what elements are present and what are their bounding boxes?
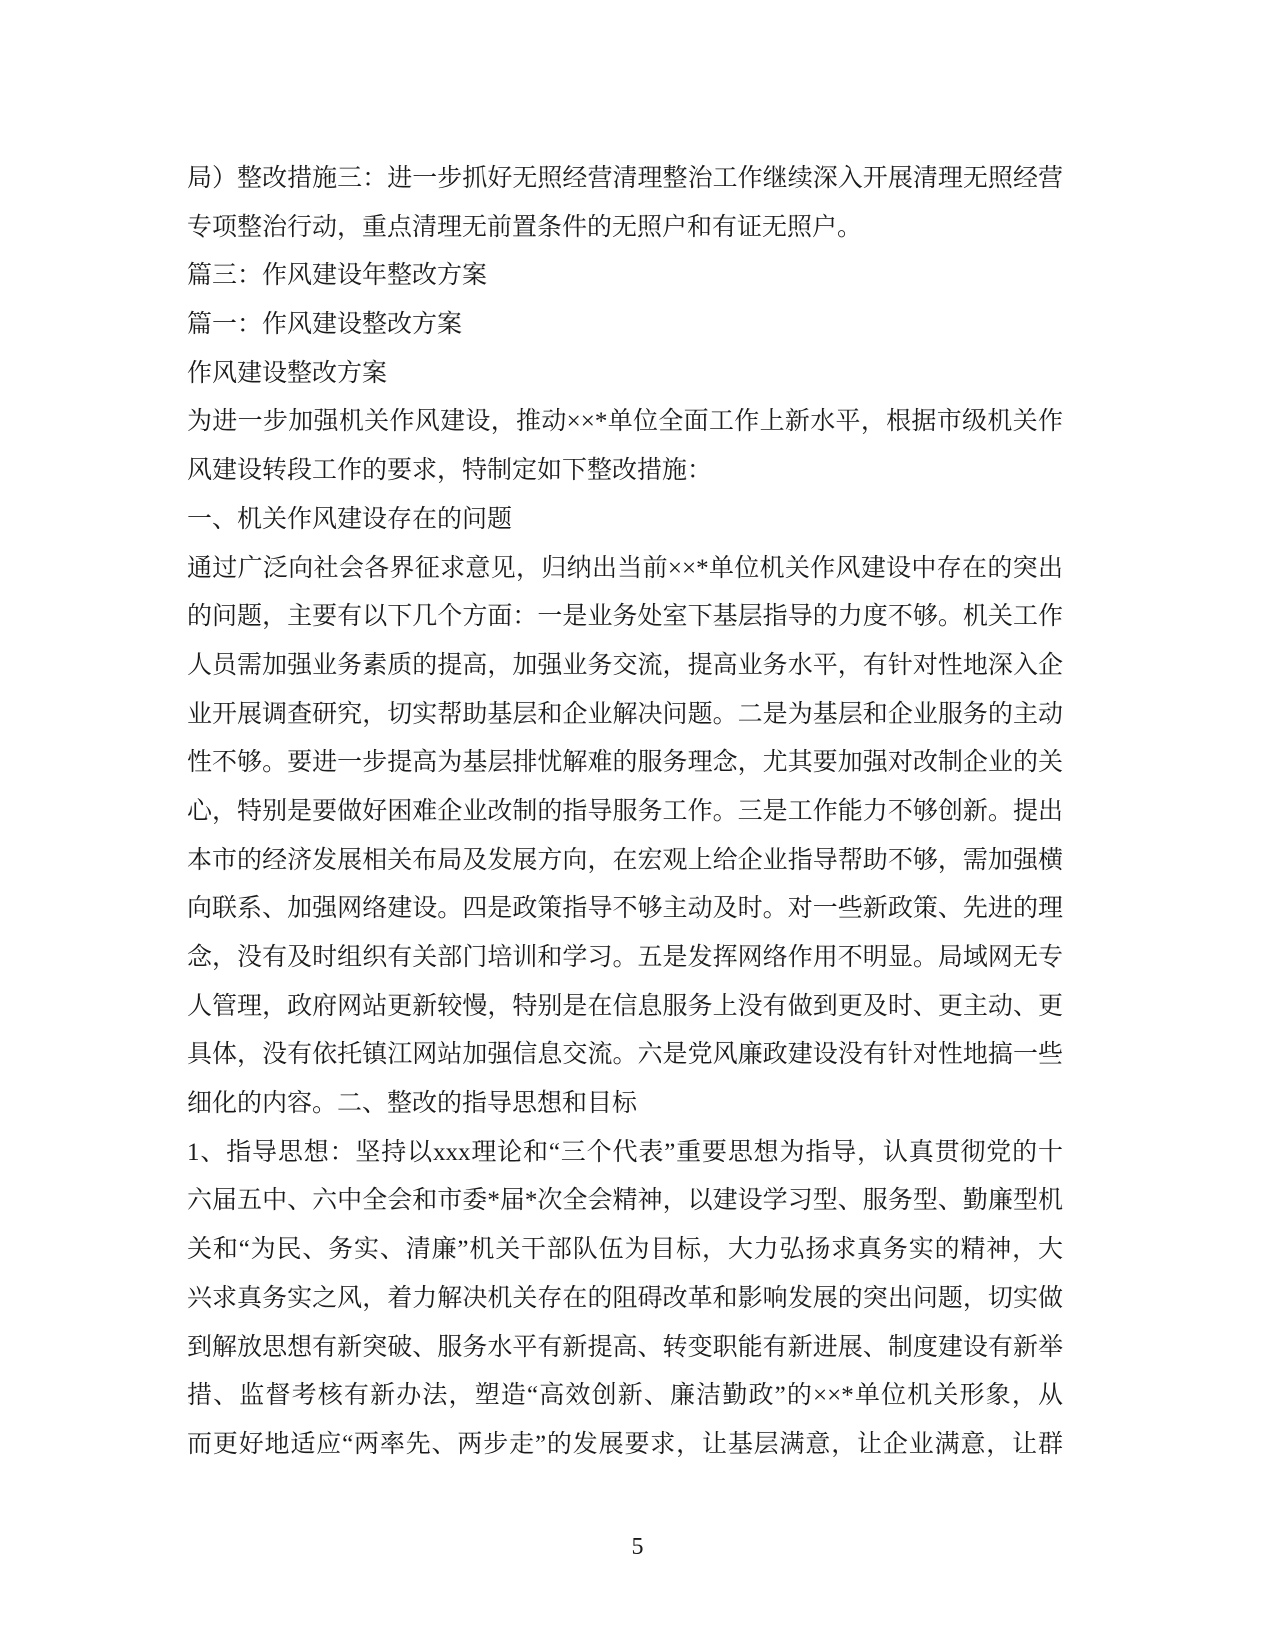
text-line: 风建设转段工作的要求，特制定如下整改措施： [187, 447, 1063, 496]
text-line: 局）整改措施三：进一步抓好无照经营清理整治工作继续深入开展清理无照经营 [187, 155, 1063, 204]
text-line: 人管理，政府网站更新较慢，特别是在信息服务上没有做到更及时、更主动、更 [187, 983, 1063, 1032]
text-line: 兴求真务实之风，着力解决机关存在的阻碍改革和影响发展的突出问题，切实做 [187, 1275, 1063, 1324]
text-line: 1、指导思想：坚持以xxx理论和“三个代表”重要思想为指导，认真贯彻党的十 [187, 1129, 1063, 1178]
text-line: 人员需加强业务素质的提高，加强业务交流，提高业务水平，有针对性地深入企 [187, 642, 1063, 691]
text-line: 通过广泛向社会各界征求意见，归纳出当前××*单位机关作风建设中存在的突出 [187, 545, 1063, 594]
text-line: 具体，没有依托镇江网站加强信息交流。六是党风廉政建设没有针对性地搞一些 [187, 1031, 1063, 1080]
text-line: 到解放思想有新突破、服务水平有新提高、转变职能有新进展、制度建设有新举 [187, 1324, 1063, 1373]
text-line: 而更好地适应“两率先、两步走”的发展要求，让基层满意，让企业满意，让群 [187, 1421, 1063, 1470]
text-line: 作风建设整改方案 [187, 350, 1063, 399]
text-line: 篇三：作风建设年整改方案 [187, 252, 1063, 301]
text-line: 向联系、加强网络建设。四是政策指导不够主动及时。对一些新政策、先进的理 [187, 885, 1063, 934]
text-line: 性不够。要进一步提高为基层排忧解难的服务理念，尤其要加强对改制企业的关 [187, 739, 1063, 788]
text-line: 为进一步加强机关作风建设，推动××*单位全面工作上新水平，根据市级机关作 [187, 398, 1063, 447]
text-line: 本市的经济发展相关布局及发展方向，在宏观上给企业指导帮助不够，需加强横 [187, 837, 1063, 886]
text-line: 关和“为民、务实、清廉”机关干部队伍为目标，大力弘扬求真务实的精神，大 [187, 1226, 1063, 1275]
document-page: 局）整改措施三：进一步抓好无照经营清理整治工作继续深入开展清理无照经营专项整治行… [0, 0, 1275, 1650]
text-line: 心，特别是要做好困难企业改制的指导服务工作。三是工作能力不够创新。提出 [187, 788, 1063, 837]
text-line: 一、机关作风建设存在的问题 [187, 496, 1063, 545]
body-text: 局）整改措施三：进一步抓好无照经营清理整治工作继续深入开展清理无照经营专项整治行… [187, 155, 1063, 1470]
page-number: 5 [0, 1534, 1275, 1560]
text-line: 篇一：作风建设整改方案 [187, 301, 1063, 350]
text-line: 措、监督考核有新办法，塑造“高效创新、廉洁勤政”的××*单位机关形象，从 [187, 1372, 1063, 1421]
text-line: 六届五中、六中全会和市委*届*次全会精神，以建设学习型、服务型、勤廉型机 [187, 1177, 1063, 1226]
text-line: 的问题，主要有以下几个方面：一是业务处室下基层指导的力度不够。机关工作 [187, 593, 1063, 642]
text-line: 专项整治行动，重点清理无前置条件的无照户和有证无照户。 [187, 204, 1063, 253]
text-line: 细化的内容。二、整改的指导思想和目标 [187, 1080, 1063, 1129]
text-line: 念，没有及时组织有关部门培训和学习。五是发挥网络作用不明显。局域网无专 [187, 934, 1063, 983]
text-line: 业开展调查研究，切实帮助基层和企业解决问题。二是为基层和企业服务的主动 [187, 691, 1063, 740]
